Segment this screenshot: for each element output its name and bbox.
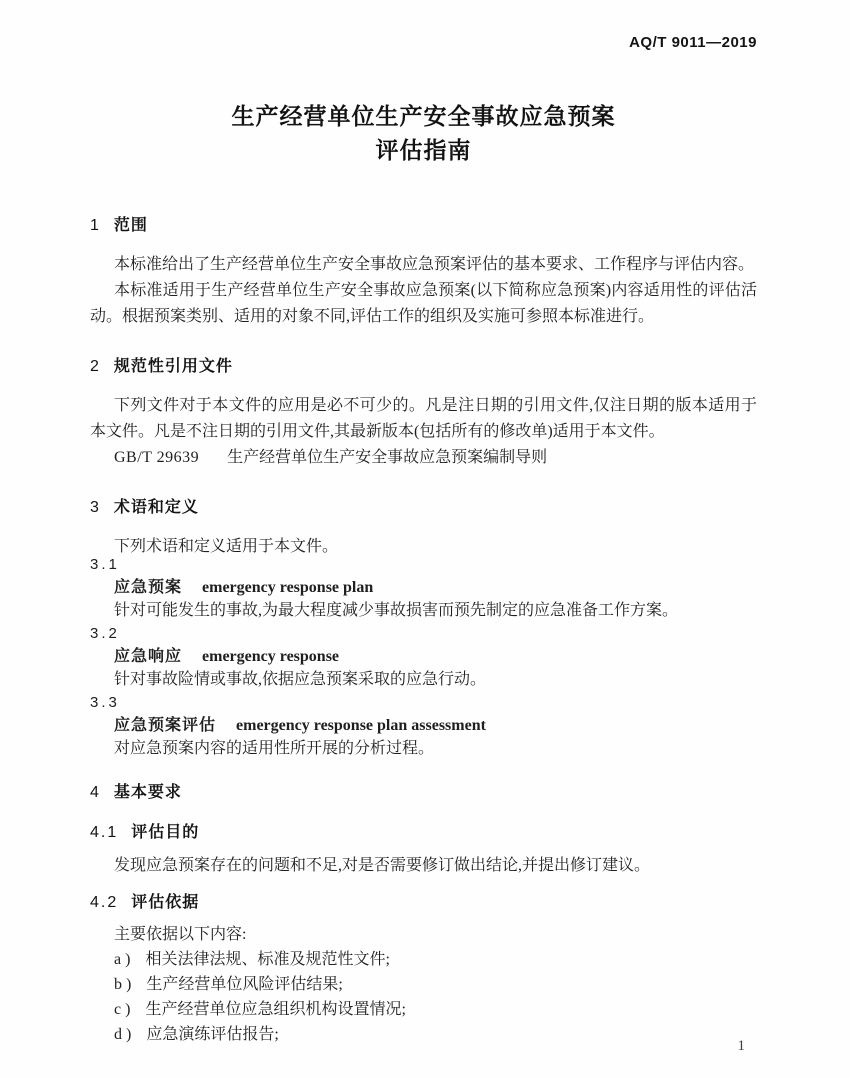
term-entry: 3.1 应急预案 emergency response plan 针对可能发生的… [90,554,757,622]
term-name-zh: 应急预案评估 [114,717,216,734]
subclause-4-2-intro: 主要依据以下内容: [90,922,757,947]
term-definition: 针对事故险情或事故,依据应急预案采取的应急行动。 [90,668,757,691]
clause-1-title: 范围 [114,215,148,237]
term-name-en: emergency response [202,648,339,665]
term-name-en: emergency response plan [202,579,373,596]
page-content: AQ/T 9011—2019 生产经营单位生产安全事故应急预案 评估指南 1 范… [90,0,757,1047]
term-number: 3.2 [90,623,757,645]
subclause-4-1-paragraph: 发现应急预案存在的问题和不足,对是否需要修订做出结论,并提出修订建议。 [90,853,757,879]
list-item-label: d) [114,1022,135,1047]
subclause-4-1-heading: 4.1 评估目的 [90,822,757,844]
clause-1-heading: 1 范围 [90,215,757,237]
term-name-zh: 应急响应 [114,648,182,665]
clause-1-paragraph-2: 本标准适用于生产经营单位生产安全事故应急预案(以下简称应急预案)内容适用性的评估… [90,278,757,330]
list-item-text: 生产经营单位应急组织机构设置情况; [145,997,405,1022]
document-page: AQ/T 9011—2019 生产经营单位生产安全事故应急预案 评估指南 1 范… [0,0,850,1078]
clause-3-title: 术语和定义 [114,497,199,519]
subclause-4-1-title: 评估目的 [131,822,199,844]
subclause-4-2-heading: 4.2 评估依据 [90,892,757,914]
term-name-en: emergency response plan assessment [236,717,486,734]
basis-list: a) 相关法律法规、标准及规范性文件; b) 生产经营单位风险评估结果; c) … [90,947,757,1047]
term-definition: 针对可能发生的事故,为最大程度减少事故损害而预先制定的应急准备工作方案。 [90,599,757,622]
clause-4-number: 4 [90,782,101,804]
clause-2-paragraph-1: 下列文件对于本文件的应用是必不可少的。凡是注日期的引用文件,仅注日期的版本适用于… [90,393,757,445]
clause-2-title: 规范性引用文件 [114,356,233,378]
term-entry: 3.3 应急预案评估 emergency response plan asses… [90,692,757,760]
subclause-4-1-number: 4.1 [90,822,118,844]
clause-1-number: 1 [90,215,101,237]
term-name-line: 应急响应 emergency response [90,645,757,668]
document-title-line2: 评估指南 [90,133,757,167]
list-item-text: 相关法律法规、标准及规范性文件; [145,947,389,972]
list-item-label: a) [114,947,134,972]
subclause-4-2-title: 评估依据 [131,892,199,914]
list-item-text: 生产经营单位风险评估结果; [146,972,342,997]
term-name-line: 应急预案 emergency response plan [90,576,757,599]
clause-1-paragraph-1: 本标准给出了生产经营单位生产安全事故应急预案评估的基本要求、工作程序与评估内容。 [90,252,757,278]
page-number: 1 [738,1038,746,1055]
clause-3-heading: 3 术语和定义 [90,497,757,519]
clause-4-heading: 4 基本要求 [90,782,757,804]
document-title-line1: 生产经营单位生产安全事故应急预案 [90,99,757,133]
term-definition: 对应急预案内容的适用性所开展的分析过程。 [90,737,757,760]
document-title: 生产经营单位生产安全事故应急预案 评估指南 [90,99,757,167]
clause-2-number: 2 [90,356,101,378]
clause-4-title: 基本要求 [114,782,182,804]
term-name-zh: 应急预案 [114,579,182,596]
normative-reference: GB/T 29639 生产经营单位生产安全事故应急预案编制导则 [90,445,757,471]
list-item-text: 应急演练评估报告; [146,1022,278,1047]
list-item: b) 生产经营单位风险评估结果; [90,972,757,997]
list-item-label: b) [114,972,135,997]
clause-3-number: 3 [90,497,101,519]
terms-list: 3.1 应急预案 emergency response plan 针对可能发生的… [90,554,757,760]
term-name-line: 应急预案评估 emergency response plan assessmen… [90,714,757,737]
list-item: d) 应急演练评估报告; [90,1022,757,1047]
list-item: a) 相关法律法规、标准及规范性文件; [90,947,757,972]
standard-code: AQ/T 9011—2019 [90,34,757,51]
reference-code: GB/T 29639 [114,449,199,466]
reference-title: 生产经营单位生产安全事故应急预案编制导则 [227,449,547,466]
clause-2-heading: 2 规范性引用文件 [90,356,757,378]
term-entry: 3.2 应急响应 emergency response 针对事故险情或事故,依据… [90,623,757,691]
list-item-label: c) [114,997,134,1022]
list-item: c) 生产经营单位应急组织机构设置情况; [90,997,757,1022]
term-number: 3.3 [90,692,757,714]
subclause-4-2-number: 4.2 [90,892,118,914]
